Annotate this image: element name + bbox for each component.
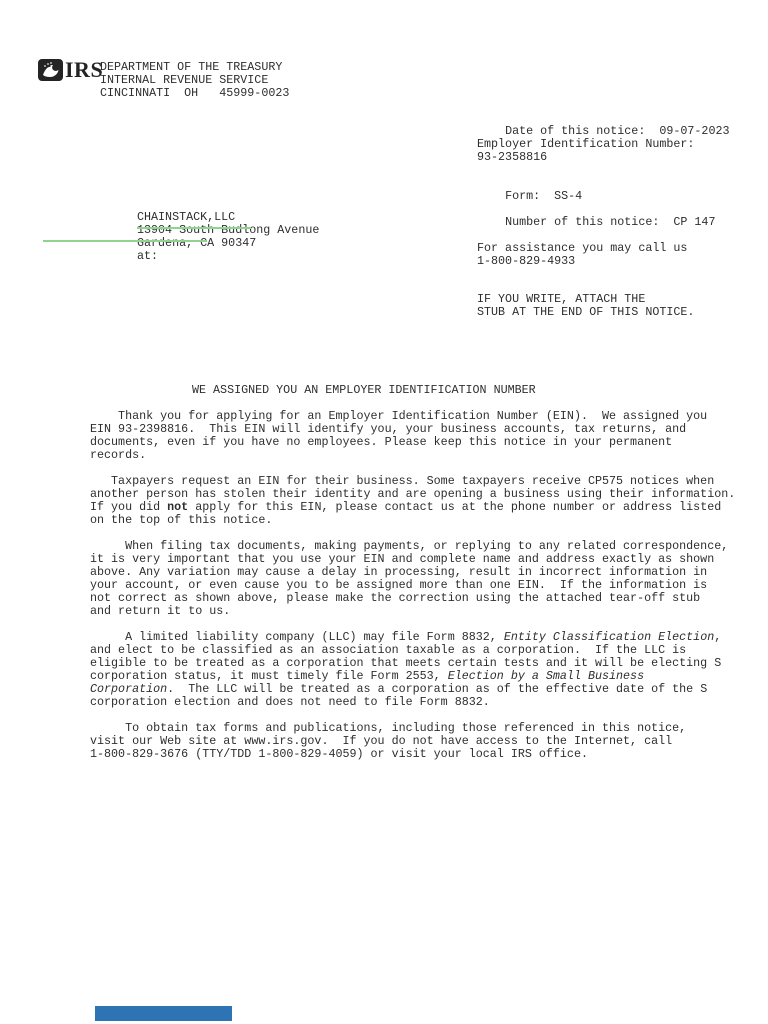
notice-number-value: CP 147 [673, 215, 715, 229]
text-run: eligible to be treated as a corporation … [90, 656, 721, 670]
text-run: Thank you for applying for an Employer I… [90, 409, 707, 423]
text-run: records. [90, 448, 146, 462]
paragraph: Taxpayers request an EIN for their busin… [90, 475, 750, 527]
text-run: EIN 93-2398816. This EIN will identify y… [90, 422, 686, 436]
notice-date-value: 09-07-2023 [659, 124, 729, 138]
text-run: another person has stolen their identity… [90, 487, 735, 501]
body-line: corporation election and does not need t… [90, 696, 750, 709]
paragraph: A limited liability company (LLC) may fi… [90, 631, 750, 709]
text-run: Taxpayers request an EIN for their busin… [90, 474, 714, 488]
text-run: not correct as shown above, please make … [90, 591, 700, 605]
text-run: and return it to us. [90, 604, 230, 618]
irs-notice-page: IRS DEPARTMENT OF THE TREASURY INTERNAL … [0, 0, 768, 1024]
notice-number-label: Number of this notice: [505, 215, 659, 229]
assistance-phone: 1-800-829-4933 [477, 255, 687, 268]
form-line: Form:SS-4 [477, 177, 582, 190]
italic-run: Corporation [90, 682, 167, 696]
body-line: 1-800-829-3676 (TTY/TDD 1-800-829-4059) … [90, 748, 750, 761]
redaction-bar [95, 1006, 232, 1021]
ein-block: Employer Identification Number: 93-23588… [477, 138, 694, 164]
italic-run: Election by a Small Business [448, 669, 644, 683]
notice-title: WE ASSIGNED YOU AN EMPLOYER IDENTIFICATI… [192, 384, 536, 397]
text-run: visit our Web site at www.irs.gov. If yo… [90, 734, 672, 748]
recipient-address-2: Gardena, CA 90347 [137, 237, 319, 250]
body-paragraphs: Thank you for applying for an Employer I… [90, 410, 750, 774]
write-instruction-block: IF YOU WRITE, ATTACH THE STUB AT THE END… [477, 293, 694, 319]
agency-address-block: DEPARTMENT OF THE TREASURY INTERNAL REVE… [100, 61, 289, 100]
text-run: corporation status, it must timely file … [90, 669, 448, 683]
notice-date-label: Date of this notice: [505, 124, 645, 138]
irs-wordmark: IRS [65, 57, 103, 83]
body-line: documents, even if you have no employees… [90, 436, 750, 449]
text-run: and elect to be classified as an associa… [90, 643, 686, 657]
text-run: your account, or even cause you to be as… [90, 578, 707, 592]
paragraph: To obtain tax forms and publications, in… [90, 722, 750, 761]
bold-run: not [167, 500, 188, 514]
assistance-block: For assistance you may call us 1-800-829… [477, 242, 687, 268]
text-run: 1-800-829-3676 (TTY/TDD 1-800-829-4059) … [90, 747, 588, 761]
green-underline-recipient-name [137, 227, 251, 229]
text-run: To obtain tax forms and publications, in… [90, 721, 686, 735]
text-run: corporation election and does not need t… [90, 695, 490, 709]
notice-date-line: Date of this notice:09-07-2023 [477, 112, 729, 125]
text-run: A limited liability company (LLC) may fi… [90, 630, 504, 644]
body-line: on the top of this notice. [90, 514, 750, 527]
form-label: Form: [505, 189, 540, 203]
notice-number-line: Number of this notice:CP 147 [477, 203, 715, 216]
green-underline-address [43, 240, 207, 242]
agency-line-3: CINCINNATI OH 45999-0023 [100, 87, 289, 100]
form-value: SS-4 [554, 189, 582, 203]
body-line: records. [90, 449, 750, 462]
text-run: it is very important that you use your E… [90, 552, 714, 566]
text-run: When filing tax documents, making paymen… [90, 539, 728, 553]
italic-run: Entity Classification Election [504, 630, 714, 644]
irs-eagle-logo-icon [38, 59, 63, 81]
text-run: If you did [90, 500, 167, 514]
ein-value: 93-2358816 [477, 151, 694, 164]
paragraph: Thank you for applying for an Employer I… [90, 410, 750, 462]
paragraph: When filing tax documents, making paymen… [90, 540, 750, 618]
text-run: , [714, 630, 721, 644]
text-run: apply for this EIN, please contact us at… [188, 500, 721, 514]
write-instruction-line-2: STUB AT THE END OF THIS NOTICE. [477, 306, 694, 319]
recipient-address-block: CHAINSTACK,LLC 13904 South Budlong Avenu… [137, 211, 319, 263]
text-run: documents, even if you have no employees… [90, 435, 672, 449]
text-run: above. Any variation may cause a delay i… [90, 565, 707, 579]
recipient-address-3: at: [137, 250, 319, 263]
text-run: . The LLC will be treated as a corporati… [167, 682, 707, 696]
text-run: on the top of this notice. [90, 513, 272, 527]
body-line: and return it to us. [90, 605, 750, 618]
